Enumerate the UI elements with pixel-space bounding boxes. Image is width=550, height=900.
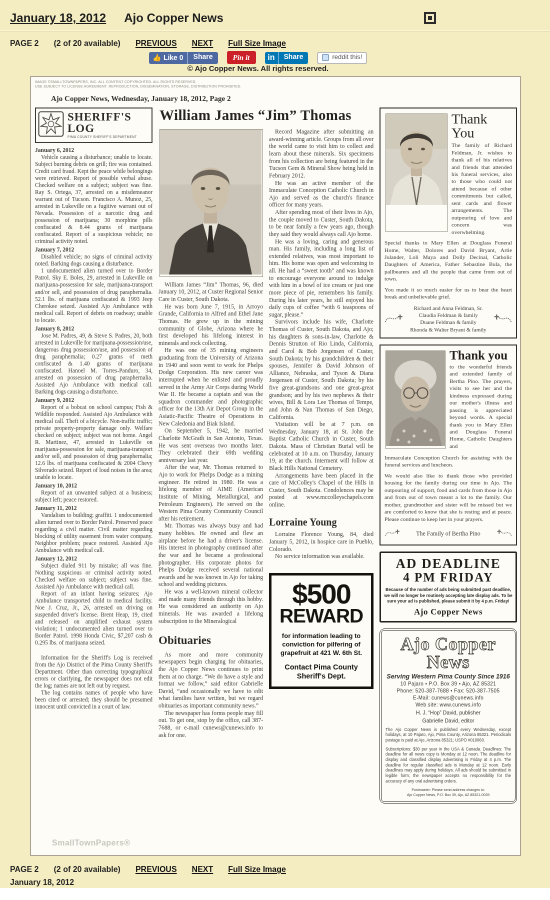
paragraph: Rhonda & Walter Bryant & family bbox=[404, 326, 493, 333]
image-disclaimer-line2: USE SUBJECT TO LICENSE AGREEMENT. REPROD… bbox=[35, 85, 517, 90]
pino-body-3: We would also like to thank those who pr… bbox=[385, 472, 512, 523]
titlebar: January 18, 2012Ajo Copper News bbox=[10, 9, 223, 27]
log-date: January 8, 2012 bbox=[35, 325, 153, 332]
thomas-portrait-photo bbox=[160, 129, 264, 277]
pino-heading: Thank you bbox=[450, 349, 512, 362]
lorraine-young-text: Lorraine Florence Young, 84, died Januar… bbox=[269, 531, 374, 560]
obituary-headline: William James “Jim” Thomas bbox=[160, 108, 374, 125]
pino-thank-you-ad: Thank you to the wonderful friends and e… bbox=[380, 344, 517, 545]
paragraph: Report of an unwanted subject at a busin… bbox=[35, 489, 153, 503]
footer-issue-date: January 18, 2012 bbox=[10, 878, 74, 887]
feldman-special-thanks: Special thanks to Mary Ellen at Douglass… bbox=[385, 240, 512, 283]
masthead-name: Ajo Copper News bbox=[386, 635, 511, 671]
linkedin-share-button[interactable]: in Share bbox=[265, 52, 309, 64]
log-text: Vandalism to building; graffiti. 1 undoc… bbox=[35, 512, 153, 554]
ad-deadline-signature: Ajo Copper News bbox=[384, 607, 512, 617]
next-link[interactable]: NEXT bbox=[192, 39, 213, 48]
pino-photo bbox=[386, 350, 446, 449]
sheriffs-log-masthead: SHERIFF'S LOG PIMA COUNTY SHERIFF'S DEPA… bbox=[35, 108, 153, 144]
sheriff-badge-icon bbox=[38, 111, 64, 140]
full-size-link[interactable]: Full Size Image bbox=[228, 865, 286, 874]
newspaper-page-header: Ajo Copper News, Wednesday, January 18, … bbox=[51, 95, 517, 104]
log-text: Subject dialed 911 by mistake; all was f… bbox=[35, 563, 153, 647]
feldman-photo bbox=[386, 114, 448, 232]
paragraph: William James “Jim” Thomas, 96, died Jan… bbox=[159, 281, 264, 303]
feldman-grief-line: You made it so much easier for us to bea… bbox=[385, 286, 512, 300]
paragraph: Information for the Sheriff's Log is rec… bbox=[35, 655, 153, 690]
ad-deadline-line1: AD DEADLINE bbox=[384, 557, 512, 571]
reward-contact: Contact Pima County Sheriff's Dept. bbox=[275, 663, 369, 681]
reddit-label: reddit this! bbox=[332, 54, 362, 61]
log-date: January 6, 2012 bbox=[35, 147, 153, 154]
pinterest-button[interactable]: Pin it bbox=[227, 51, 256, 64]
paragraph: The newspaper has forms people may fill … bbox=[159, 709, 264, 738]
linkedin-share-label[interactable]: Share bbox=[278, 52, 308, 64]
full-size-link[interactable]: Full Size Image bbox=[228, 39, 286, 48]
feldman-thank-you-ad: Thank You The family of Richard Feldman,… bbox=[380, 108, 517, 339]
rosary-decoration-left bbox=[385, 311, 403, 327]
log-entry: January 12, 2012 Subject dialed 911 by m… bbox=[35, 556, 153, 647]
pages-available-label: (2 of 20 available) bbox=[54, 865, 121, 874]
paragraph: Claudia Feldman & family bbox=[404, 312, 493, 319]
page-number-label: PAGE 2 bbox=[10, 865, 39, 874]
rosary-decoration-right bbox=[494, 311, 512, 327]
page-nav: PAGE 2 (2 of 20 available) PREVIOUS NEXT… bbox=[10, 39, 286, 48]
masthead-postmaster: Postmaster: Please send address changes … bbox=[386, 788, 511, 798]
footer-page-nav: PAGE 2 (2 of 20 available) PREVIOUS NEXT… bbox=[10, 865, 286, 874]
reward-body: for information leading to conviction fo… bbox=[275, 632, 369, 657]
paragraph: Disabled vehicle; no signs of criminal a… bbox=[35, 254, 153, 268]
previous-link[interactable]: PREVIOUS bbox=[135, 865, 176, 874]
masthead-address: 10 Pajaro • P.O. Box 39 • Ajo, AZ 85321 bbox=[386, 681, 511, 687]
paragraph: Mr. Thomas was always busy and had many … bbox=[159, 522, 264, 588]
paragraph: Jose M. Padres, 49, & Steve S. Padres, 2… bbox=[35, 332, 153, 395]
paragraph: Subject dialed 911 by mistake; all was f… bbox=[35, 563, 153, 591]
paragraph: Duane Feldman & family bbox=[404, 319, 493, 326]
log-date: January 9, 2012 bbox=[35, 397, 153, 404]
log-text: Report of a bobcat on school campus; Fis… bbox=[35, 404, 153, 481]
paragraph: He was one of 35 mining engineers gradua… bbox=[159, 347, 264, 427]
paragraph: Lorraine Florence Young, 84, died Januar… bbox=[269, 531, 374, 553]
obituary-text-right: Record Magazine after submitting an awar… bbox=[269, 128, 374, 508]
paragraph: After spending most of their lives in Aj… bbox=[269, 209, 374, 238]
obituaries-policy-text: As more and more community newspapers be… bbox=[159, 651, 264, 739]
lorraine-young-heading: Lorraine Young bbox=[269, 516, 374, 528]
paragraph: Report of an infant having seizures; Ajo… bbox=[35, 591, 153, 647]
log-entry: January 9, 2012 Report of a bobcat on sc… bbox=[35, 397, 153, 481]
log-text: Disabled vehicle; no signs of criminal a… bbox=[35, 254, 153, 324]
pino-body-1: to the wonderful friends and extended fa… bbox=[450, 363, 512, 450]
close-icon bbox=[428, 16, 432, 20]
masthead-phone: Phone: 520-387-7688 • Fax: 520-387-7505 bbox=[386, 688, 511, 694]
archive-viewer: January 18, 2012Ajo Copper News PAGE 2 (… bbox=[0, 0, 550, 888]
log-text: Vehicle causing a disturbance; unable to… bbox=[35, 154, 153, 245]
paragraph: He was a well-known mineral collector an… bbox=[159, 588, 264, 625]
close-button[interactable] bbox=[424, 12, 436, 24]
log-date: January 10, 2012 bbox=[35, 482, 153, 489]
log-date: January 12, 2012 bbox=[35, 556, 153, 563]
paragraph: Survivors include his wife, Charlotte Th… bbox=[269, 318, 374, 420]
paragraph: Report of a bobcat on school campus; Fis… bbox=[35, 404, 153, 481]
paragraph: The log contains names of people who hav… bbox=[35, 690, 153, 711]
pages-available-label: (2 of 20 available) bbox=[54, 39, 121, 48]
facebook-share-button[interactable]: Share bbox=[187, 52, 217, 64]
paragraph: Record Magazine after submitting an awar… bbox=[269, 128, 374, 179]
ad-deadline-body: Because of the number of ads being submi… bbox=[384, 587, 512, 604]
smalltownpapers-watermark: SmallTownPapers® bbox=[52, 839, 130, 848]
obituary-section: William James “Jim” Thomas bbox=[159, 108, 374, 804]
paragraph: He was born June 7, 1915, in Arroyo Gran… bbox=[159, 303, 264, 347]
social-buttons: 👍 Like 0 Share Pin it in Share reddit th… bbox=[0, 51, 516, 64]
previous-link[interactable]: PREVIOUS bbox=[135, 39, 176, 48]
paragraph: No service information was available. bbox=[269, 553, 374, 560]
feldman-body: The family of Richard Feldman, Jr. wishe… bbox=[452, 142, 512, 236]
reddit-icon bbox=[322, 54, 329, 61]
obituary-column-left: William James “Jim” Thomas, 96, died Jan… bbox=[159, 128, 264, 739]
masthead-email: E-Mail: cunews@cunews.info bbox=[386, 695, 511, 701]
paragraph: He was an active member of the Immaculat… bbox=[269, 179, 374, 208]
pino-signature: The Family of Bertha Pino bbox=[400, 530, 497, 538]
sheriffs-log-subtitle: PIMA COUNTY SHERIFF'S DEPARTMENT bbox=[68, 136, 137, 140]
pino-body-2: Immaculate Conception Church for assisti… bbox=[385, 454, 512, 468]
paragraph: Vandalism to building; graffiti. 1 undoc… bbox=[35, 512, 153, 554]
log-entry: January 11, 2012 Vandalism to building; … bbox=[35, 505, 153, 554]
masthead-editor: Gabrielle David, editor bbox=[386, 718, 511, 724]
rosary-decoration-left bbox=[385, 527, 400, 541]
reward-word: REWARD bbox=[275, 607, 369, 627]
paragraph: As more and more community newspapers be… bbox=[159, 651, 264, 710]
masthead-tagline: Serving Western Pima County Since 1916 bbox=[386, 673, 511, 680]
feldman-heading: Thank You bbox=[452, 113, 512, 141]
masthead-website: Web site: www.cunews.info bbox=[386, 702, 511, 708]
newspaper-scan: IMAGE ©SMALLTOWNPAPERS, INC. ALL CONTENT… bbox=[30, 76, 521, 856]
page-number-label: PAGE 2 bbox=[10, 39, 39, 48]
masthead-publication-info: The Ajo Copper News is published every W… bbox=[386, 727, 511, 743]
reddit-button[interactable]: reddit this! bbox=[317, 52, 367, 64]
log-entry: January 10, 2012 Report of an unwanted s… bbox=[35, 482, 153, 503]
paragraph: He was a loving, caring and generous man… bbox=[269, 238, 374, 318]
sheriffs-log-title-line2: LOG bbox=[68, 123, 137, 134]
paragraph: After the war, Mr. Thomas returned to Aj… bbox=[159, 464, 264, 523]
masthead-subscriptions-deadlines: Subscriptions: $30 per year in the USA &… bbox=[386, 747, 511, 784]
header-divider bbox=[0, 30, 550, 32]
facebook-like-button[interactable]: 👍 Like 0 Share bbox=[149, 52, 218, 64]
log-entry: January 7, 2012 Disabled vehicle; no sig… bbox=[35, 247, 153, 324]
next-link[interactable]: NEXT bbox=[192, 865, 213, 874]
paragraph: Richard and Anna Feldman, Sr. bbox=[404, 305, 493, 312]
masthead: Ajo Copper News Serving Western Pima Cou… bbox=[380, 628, 517, 803]
newspaper-page: IMAGE ©SMALLTOWNPAPERS, INC. ALL CONTENT… bbox=[31, 77, 521, 856]
reward-ad: $500 REWARD for information leading to c… bbox=[269, 573, 374, 689]
page-title: Ajo Copper News bbox=[124, 11, 223, 25]
log-date: January 7, 2012 bbox=[35, 247, 153, 254]
reward-amount: $500 bbox=[275, 581, 369, 606]
rosary-decoration-right bbox=[497, 527, 512, 541]
sheriffs-log-body: January 6, 2012 Vehicle causing a distur… bbox=[35, 147, 153, 711]
obituary-text-left: William James “Jim” Thomas, 96, died Jan… bbox=[159, 281, 264, 625]
paragraph: On September 5, 1942, he married Charlot… bbox=[159, 427, 264, 464]
log-text: Report of an unwanted subject at a busin… bbox=[35, 489, 153, 503]
linkedin-icon: in bbox=[265, 52, 278, 64]
log-entry: January 8, 2012 Jose M. Padres, 49, & St… bbox=[35, 325, 153, 395]
log-entry: January 6, 2012 Vehicle causing a distur… bbox=[35, 147, 153, 245]
obituary-column-right: Record Magazine after submitting an awar… bbox=[269, 128, 374, 739]
sheriffs-log-disclaimer: Information for the Sheriff's Log is rec… bbox=[35, 655, 153, 711]
log-text: Jose M. Padres, 49, & Steve S. Padres, 2… bbox=[35, 332, 153, 395]
copyright-line: © Ajo Copper News. All rights reserved. bbox=[0, 64, 516, 73]
facebook-like-label[interactable]: 👍 Like 0 bbox=[149, 52, 188, 64]
log-date: January 11, 2012 bbox=[35, 505, 153, 512]
postmaster-line2: Ajo Copper News, P.O. Box 39, Ajo, AZ 85… bbox=[386, 793, 511, 798]
feldman-family-names: Richard and Anna Feldman, Sr.Claudia Fel… bbox=[404, 305, 493, 334]
paragraph: Arrangements have been placed in the car… bbox=[269, 472, 374, 509]
ad-deadline-notice: AD DEADLINE 4 PM FRIDAY Because of the n… bbox=[380, 551, 517, 622]
sheriffs-log-column: SHERIFF'S LOG PIMA COUNTY SHERIFF'S DEPA… bbox=[35, 108, 153, 804]
right-column: Thank You The family of Richard Feldman,… bbox=[380, 108, 517, 804]
paragraph: Vehicle causing a disturbance; unable to… bbox=[35, 154, 153, 245]
obituaries-policy-heading: Obituaries bbox=[159, 634, 264, 648]
ad-deadline-line2: 4 PM FRIDAY bbox=[384, 571, 512, 585]
issue-date-link[interactable]: January 18, 2012 bbox=[10, 11, 106, 25]
masthead-publisher: H. J. “Hop” David, publisher bbox=[386, 710, 511, 716]
paragraph: 1 undocumented alien turned over to Bord… bbox=[35, 268, 153, 324]
paragraph: Visitation will be at 7 p.m. on Wednesda… bbox=[269, 421, 374, 472]
